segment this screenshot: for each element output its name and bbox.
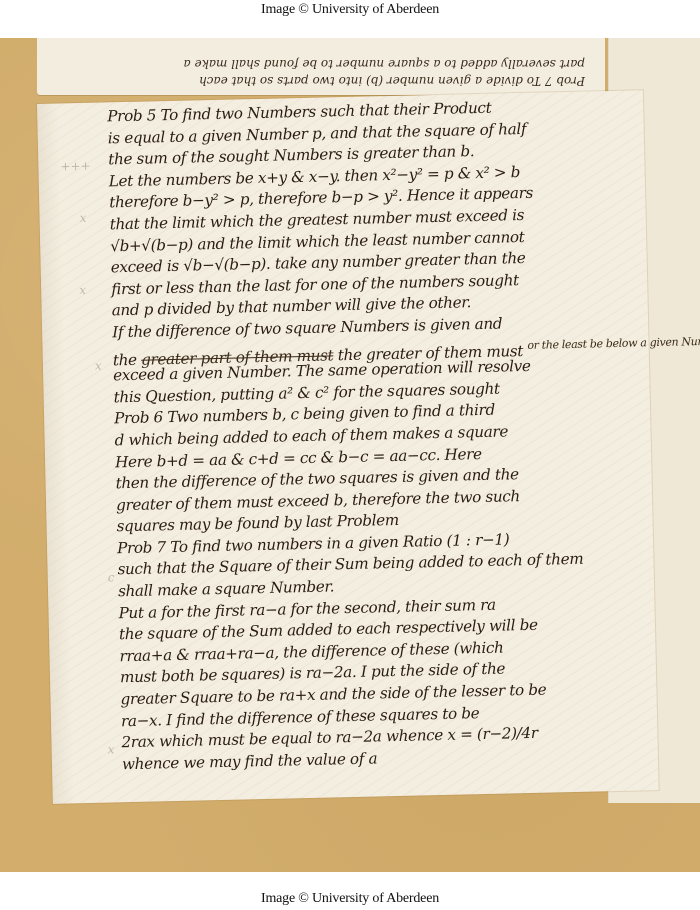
bleed-through-mark: x — [79, 211, 86, 225]
strip-line: Prob 7 To divide a given number (b) into… — [157, 72, 585, 89]
upside-down-strip: Prob 7 To divide a given number (b) into… — [37, 38, 605, 95]
bleed-through-mark: +++ — [60, 159, 90, 174]
bleed-through-mark: x — [79, 283, 86, 297]
image-credit-top: Image © University of Aberdeen — [0, 2, 700, 18]
manuscript-text: Prob 5 To find two Numbers such that the… — [107, 94, 652, 775]
bleed-through-mark: x — [95, 359, 102, 373]
strip-line: part severally added to a square number … — [157, 55, 585, 72]
manuscript-page: +++ x x c x x Prob 5 To find two Numbers… — [37, 90, 659, 804]
bleed-through-mark: c — [108, 570, 115, 584]
image-credit-bottom: Image © University of Aberdeen — [0, 891, 700, 907]
strip-text: Prob 7 To divide a given number (b) into… — [37, 38, 605, 95]
bleed-through-mark: x — [108, 742, 115, 756]
